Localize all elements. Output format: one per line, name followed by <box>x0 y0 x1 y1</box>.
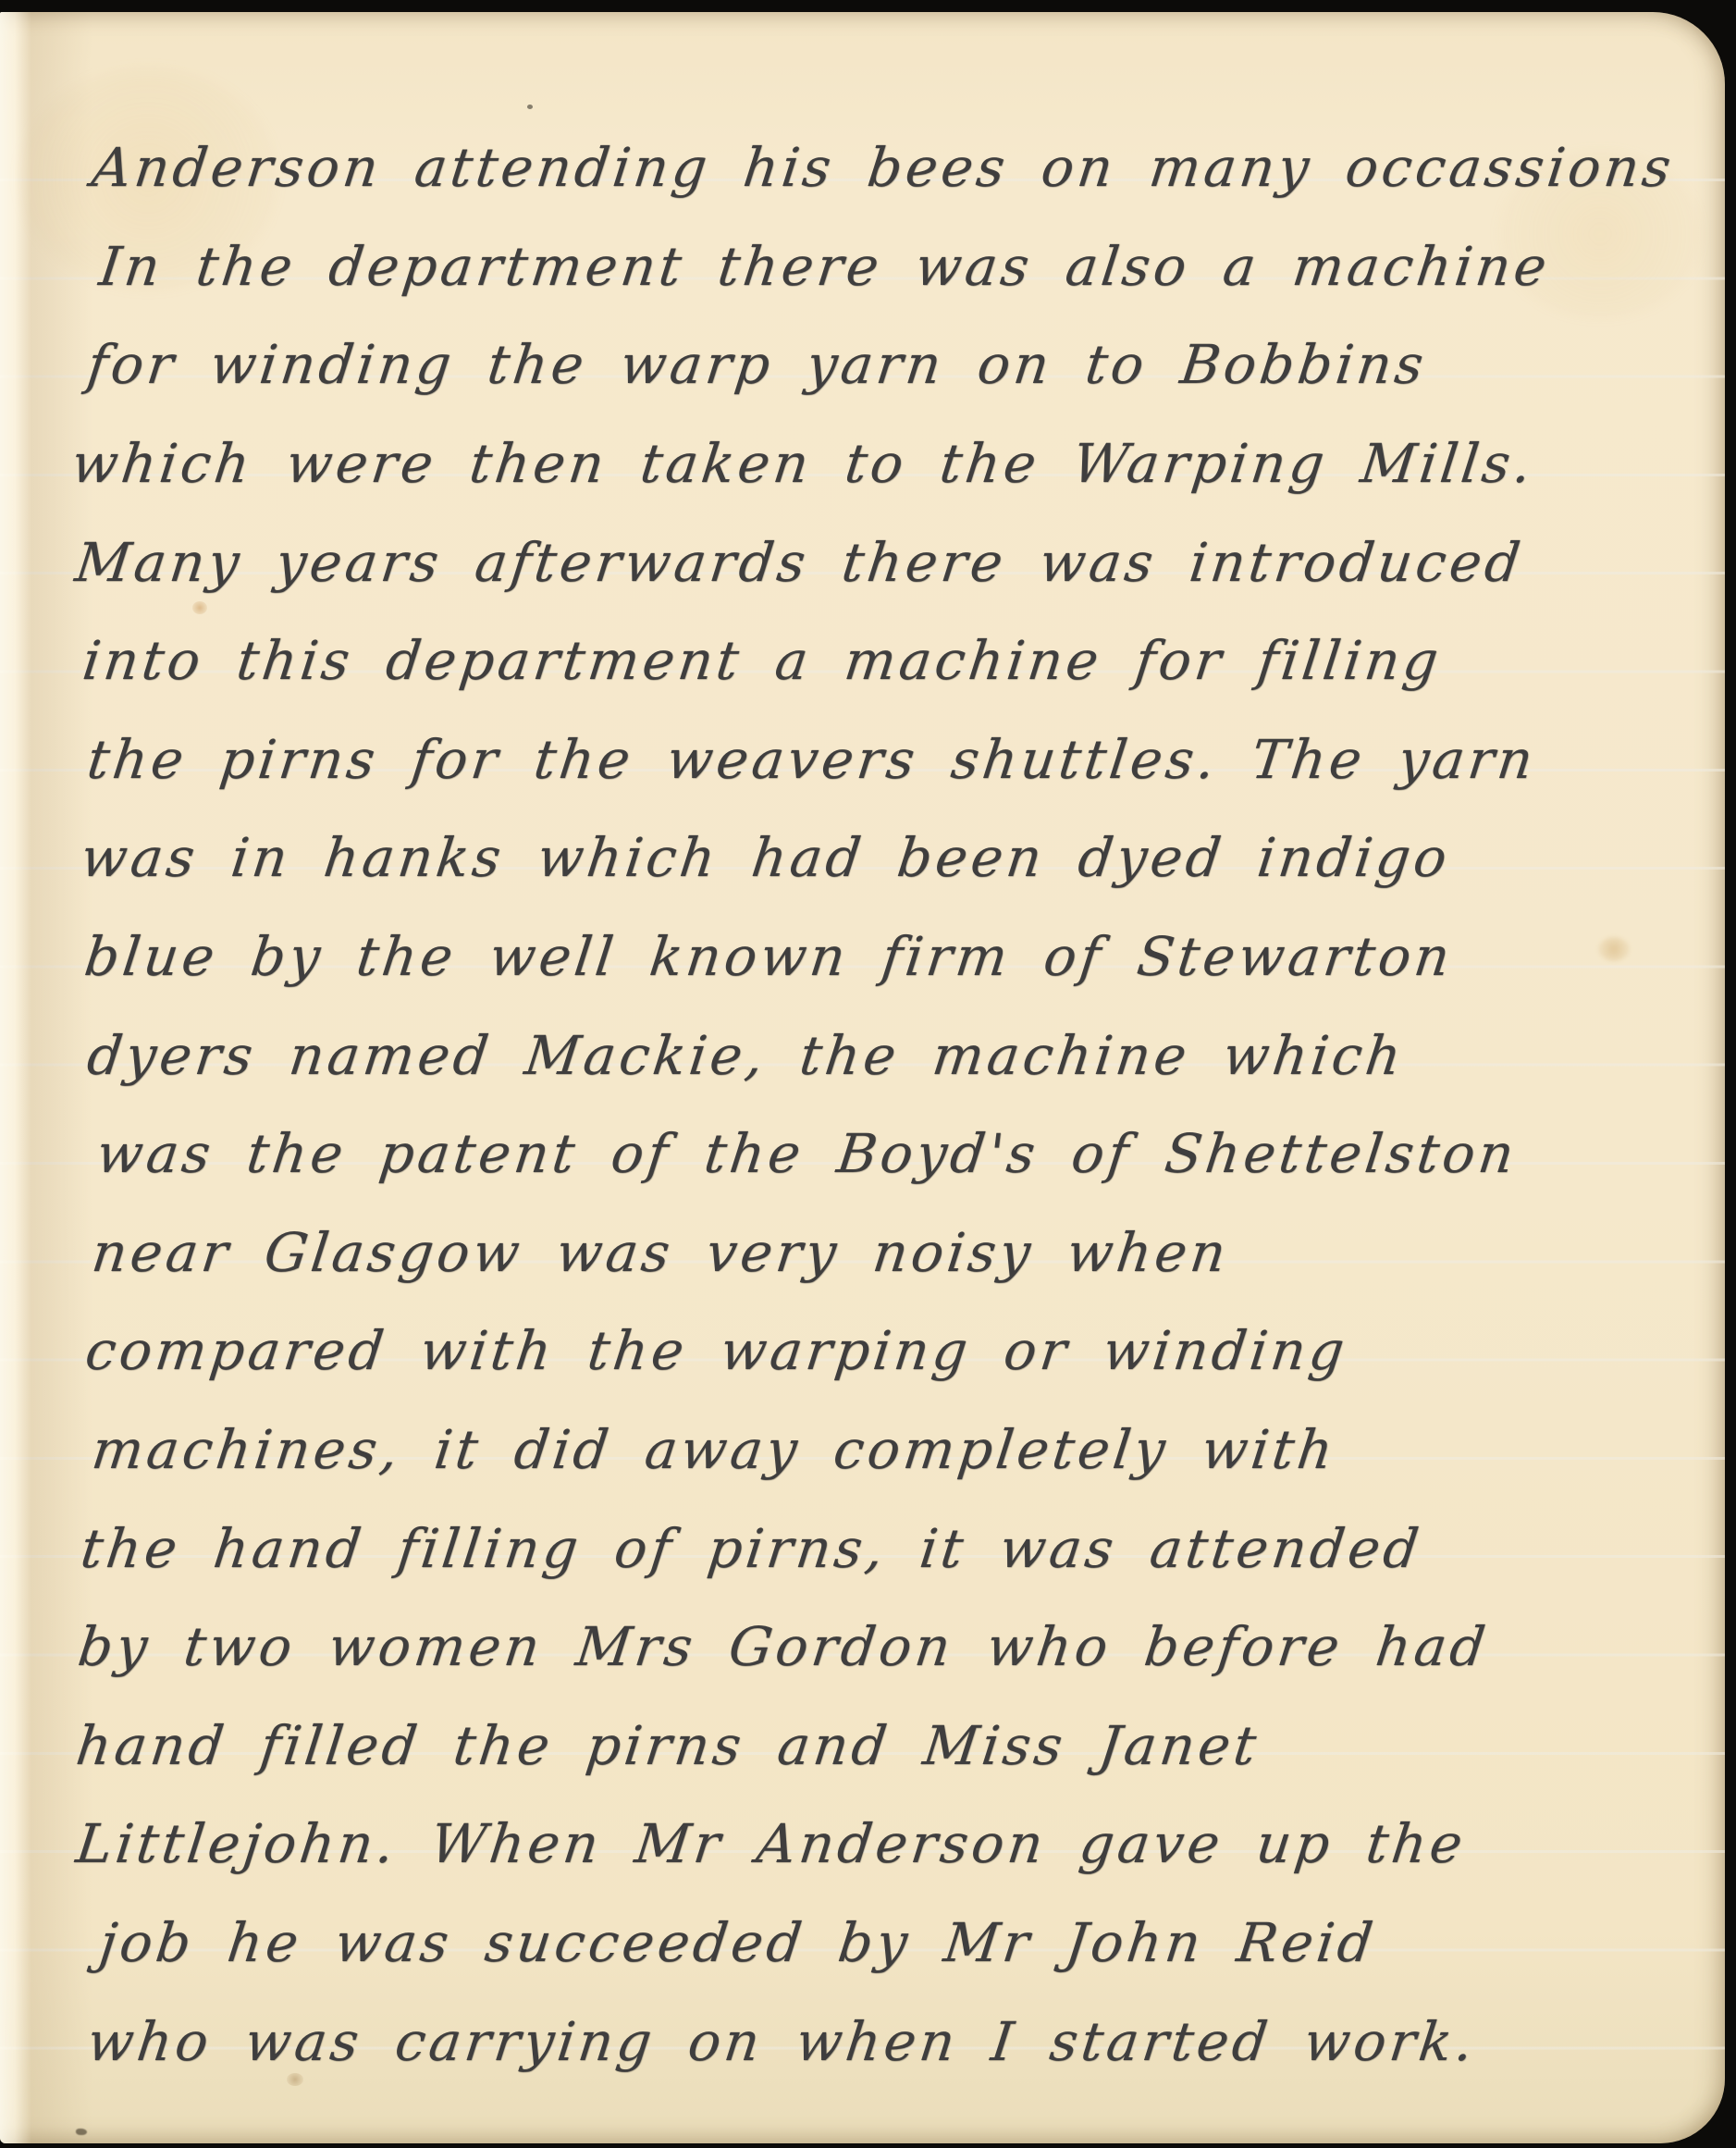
handwritten-text: machines, it did away completely with <box>89 1418 1340 1481</box>
handwritten-line: job he was succeeded by Mr John Reid <box>0 1894 1725 1993</box>
handwritten-line: the pirns for the weavers shuttles. The … <box>0 710 1725 809</box>
handwritten-line: Anderson attending his bees on many occa… <box>0 118 1725 217</box>
handwritten-line: was the patent of the Boyd's of Shettels… <box>0 1105 1725 1204</box>
handwritten-text: job he was succeeded by Mr John Reid <box>96 1911 1380 1974</box>
handwritten-text: who was carrying on when I started work. <box>84 2010 1481 2073</box>
handwritten-text: into this department a machine for filli… <box>80 629 1446 692</box>
handwritten-line: Littlejohn. When Mr Anderson gave up the <box>0 1795 1725 1894</box>
handwritten-text: compared with the warping or winding <box>82 1319 1351 1382</box>
handwritten-line: for winding the warp yarn on to Bobbins <box>0 315 1725 414</box>
handwritten-line: machines, it did away completely with <box>0 1401 1725 1500</box>
handwritten-line: hand filled the pirns and Miss Janet <box>0 1697 1725 1796</box>
handwritten-line: In the department there was also a machi… <box>0 217 1725 316</box>
handwritten-text: was the patent of the Boyd's of Shettels… <box>93 1122 1521 1185</box>
handwritten-text: which were then taken to the Warping Mil… <box>68 432 1538 495</box>
handwritten-line: which were then taken to the Warping Mil… <box>0 414 1725 513</box>
handwritten-text: the pirns for the weavers shuttles. The … <box>84 728 1540 791</box>
handwritten-text-block: Anderson attending his bees on many occa… <box>0 118 1725 2091</box>
notebook-page: Anderson attending his bees on many occa… <box>0 12 1725 2143</box>
paper-speck <box>527 105 533 109</box>
handwritten-text: near Glasgow was very noisy when <box>89 1221 1233 1284</box>
scanner-background: { "colors": { "backdrop": "#0c0b09", "pa… <box>0 0 1736 2148</box>
handwritten-text: Many years afterwards there was introduc… <box>72 531 1527 594</box>
handwritten-line: compared with the warping or winding <box>0 1302 1725 1401</box>
handwritten-line: the hand filling of pirns, it was attend… <box>0 1499 1725 1598</box>
paper-speck <box>76 2129 87 2135</box>
handwritten-line: Many years afterwards there was introduc… <box>0 512 1725 611</box>
handwritten-text: was in hanks which had been dyed indigo <box>78 826 1454 889</box>
handwritten-line: was in hanks which had been dyed indigo <box>0 809 1725 907</box>
handwritten-line: who was carrying on when I started work. <box>0 1992 1725 2091</box>
handwritten-text: hand filled the pirns and Miss Janet <box>73 1714 1263 1777</box>
handwritten-text: In the department there was also a machi… <box>96 235 1554 298</box>
handwritten-text: Littlejohn. When Mr Anderson gave up the <box>73 1812 1470 1875</box>
handwritten-line: dyers named Mackie, the machine which <box>0 1006 1725 1105</box>
handwritten-text: the hand filling of pirns, it was attend… <box>78 1517 1426 1580</box>
handwritten-line: near Glasgow was very noisy when <box>0 1204 1725 1302</box>
handwritten-line: into this department a machine for filli… <box>0 611 1725 710</box>
handwritten-line: blue by the well known firm of Stewarton <box>0 907 1725 1006</box>
handwritten-text: dyers named Mackie, the machine which <box>84 1024 1409 1087</box>
handwritten-line: by two women Mrs Gordon who before had <box>0 1598 1725 1697</box>
handwritten-text: by two women Mrs Gordon who before had <box>75 1615 1493 1678</box>
handwritten-text: blue by the well known firm of Stewarton <box>81 925 1457 988</box>
handwritten-text: for winding the warp yarn on to Bobbins <box>84 333 1431 396</box>
handwritten-text: Anderson attending his bees on many occa… <box>89 136 1678 199</box>
